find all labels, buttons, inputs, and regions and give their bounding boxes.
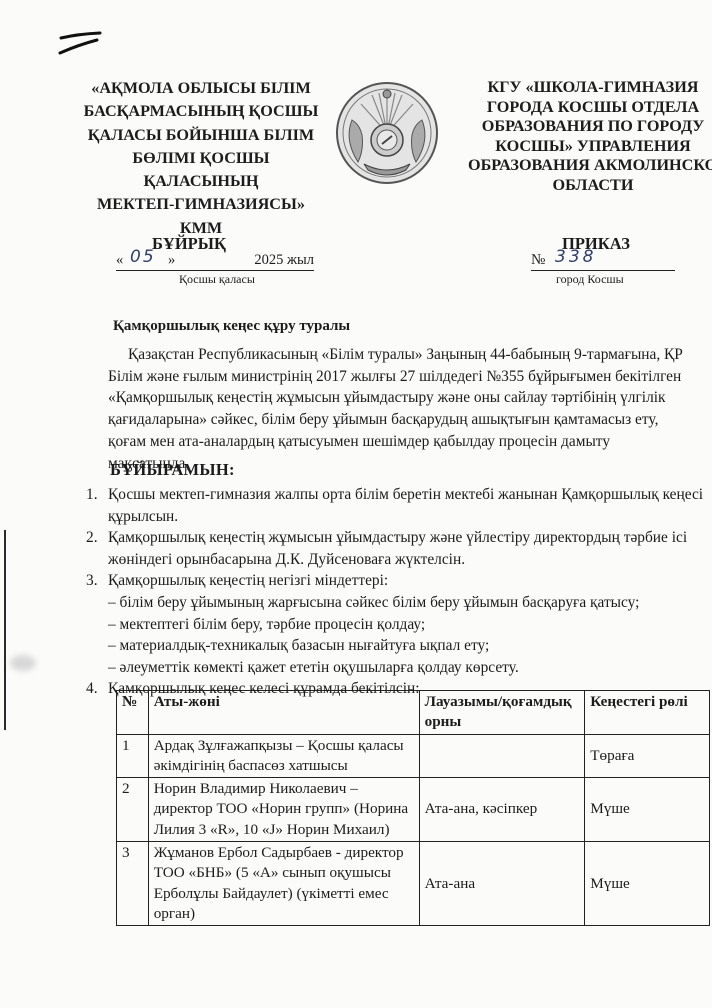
org-ru-line: ГОРОДА КОСШЫ ОТДЕЛА [468, 98, 712, 118]
cell-role: Мүше [585, 778, 710, 842]
cell-role: Мүше [585, 842, 710, 926]
city-kz: Қосшы қаласы [179, 272, 255, 287]
item-number: 3. [86, 570, 108, 592]
org-ru-line: КОСШЫ» УПРАВЛЕНИЯ [468, 137, 712, 157]
org-ru-line: ОБРАЗОВАНИЯ ПО ГОРОДУ [468, 117, 712, 137]
item-number: 4. [86, 678, 108, 700]
order-date: « 05 » 2025 жыл [116, 251, 314, 271]
number-sign: № [531, 252, 545, 269]
command-heading: БҰЙЫРАМЫН: [110, 460, 235, 480]
council-members-table: № Аты-жөні Лауазымы/қоғамдық орны Кеңест… [116, 690, 710, 926]
order-item: 3. Қамқоршылық кеңестің негізгі міндетте… [86, 570, 706, 592]
duty-item: – әлеуметтік көмекті қажет ететін оқушыл… [86, 657, 706, 679]
org-ru-line: КГУ «ШКОЛА-ГИМНАЗИЯ [468, 78, 712, 98]
cell-role: Төраға [585, 734, 710, 778]
org-kz-line: БАСҚАРМАСЫНЫҢ ҚОСШЫ [76, 100, 326, 123]
cell-position [419, 734, 585, 778]
table-row: 1 Ардақ Зұлғажапқызы – Қосшы қаласы әкім… [117, 734, 710, 778]
cell-no: 1 [117, 734, 149, 778]
cell-name: Норин Владимир Николаевич – директор ТОО… [148, 778, 419, 842]
state-emblem-icon [334, 80, 440, 186]
order-items: 1. Қосшы мектеп-гимназия жалпы орта білі… [86, 484, 706, 700]
order-subject: Қамқоршылық кеңес құру туралы [113, 318, 350, 335]
duty-item: – білім беру ұйымының жарғысына сәйкес б… [86, 592, 706, 614]
date-year: 2025 жыл [254, 252, 314, 269]
org-ru-line: ОБРАЗОВАНИЯ АКМОЛИНСКОЙ [468, 156, 712, 176]
item-text: Қамқоршылық кеңестің негізгі міндеттері: [108, 570, 706, 592]
header-no: № [117, 691, 149, 735]
order-number: № 338 [531, 251, 675, 271]
date-quote-open: « [116, 252, 123, 269]
table-header-row: № Аты-жөні Лауазымы/қоғамдық орны Кеңест… [117, 691, 710, 735]
org-name-ru: КГУ «ШКОЛА-ГИМНАЗИЯ ГОРОДА КОСШЫ ОТДЕЛА … [468, 78, 712, 195]
cell-position: Ата-ана [419, 842, 585, 926]
duty-item: – материалдық-техникалық базасын нығайту… [86, 635, 706, 657]
date-quote-close: » [168, 252, 175, 269]
date-day-handwritten: 05 [130, 247, 156, 267]
duty-item: – мектептегі білім беру, тәрбие процесін… [86, 614, 706, 636]
org-name-kz: «АҚМОЛА ОБЛЫСЫ БІЛІМ БАСҚАРМАСЫНЫҢ ҚОСШЫ… [76, 77, 326, 240]
org-kz-line: «АҚМОЛА ОБЛЫСЫ БІЛІМ [76, 77, 326, 100]
item-number: 2. [86, 527, 108, 570]
item-text: Қамқоршылық кеңестің жұмысын ұйымдастыру… [108, 527, 706, 570]
item-text: Қосшы мектеп-гимназия жалпы орта білім б… [108, 484, 706, 527]
cell-position: Ата-ана, кәсіпкер [419, 778, 585, 842]
table-row: 3 Жұманов Ербол Садырбаев - директор ТОО… [117, 842, 710, 926]
org-ru-line: ОБЛАСТИ [468, 176, 712, 196]
cell-no: 2 [117, 778, 149, 842]
cell-name: Жұманов Ербол Садырбаев - директор ТОО «… [148, 842, 419, 926]
org-kz-line: ҚАЛАСЫ БОЙЫНША БІЛІМ [76, 124, 326, 147]
item-number: 1. [86, 484, 108, 527]
city-ru: город Косшы [556, 272, 624, 287]
handwritten-mark-icon [58, 28, 106, 58]
preamble-paragraph: Қазақстан Республикасының «Білім туралы»… [108, 344, 688, 474]
scan-smudge [10, 655, 36, 671]
order-item: 2. Қамқоршылық кеңестің жұмысын ұйымдаст… [86, 527, 706, 570]
table-row: 2 Норин Владимир Николаевич – директор Т… [117, 778, 710, 842]
order-number-handwritten: 338 [555, 247, 596, 267]
header-role: Кеңестегі рөлі [585, 691, 710, 735]
cell-name: Ардақ Зұлғажапқызы – Қосшы қаласы әкімді… [148, 734, 419, 778]
header-position: Лауазымы/қоғамдық орны [419, 691, 585, 735]
order-item: 1. Қосшы мектеп-гимназия жалпы орта білі… [86, 484, 706, 527]
org-kz-line: БӨЛІМІ ҚОСШЫ ҚАЛАСЫНЫҢ [76, 147, 326, 194]
scan-edge-line [4, 530, 6, 730]
cell-no: 3 [117, 842, 149, 926]
header-name: Аты-жөні [148, 691, 419, 735]
